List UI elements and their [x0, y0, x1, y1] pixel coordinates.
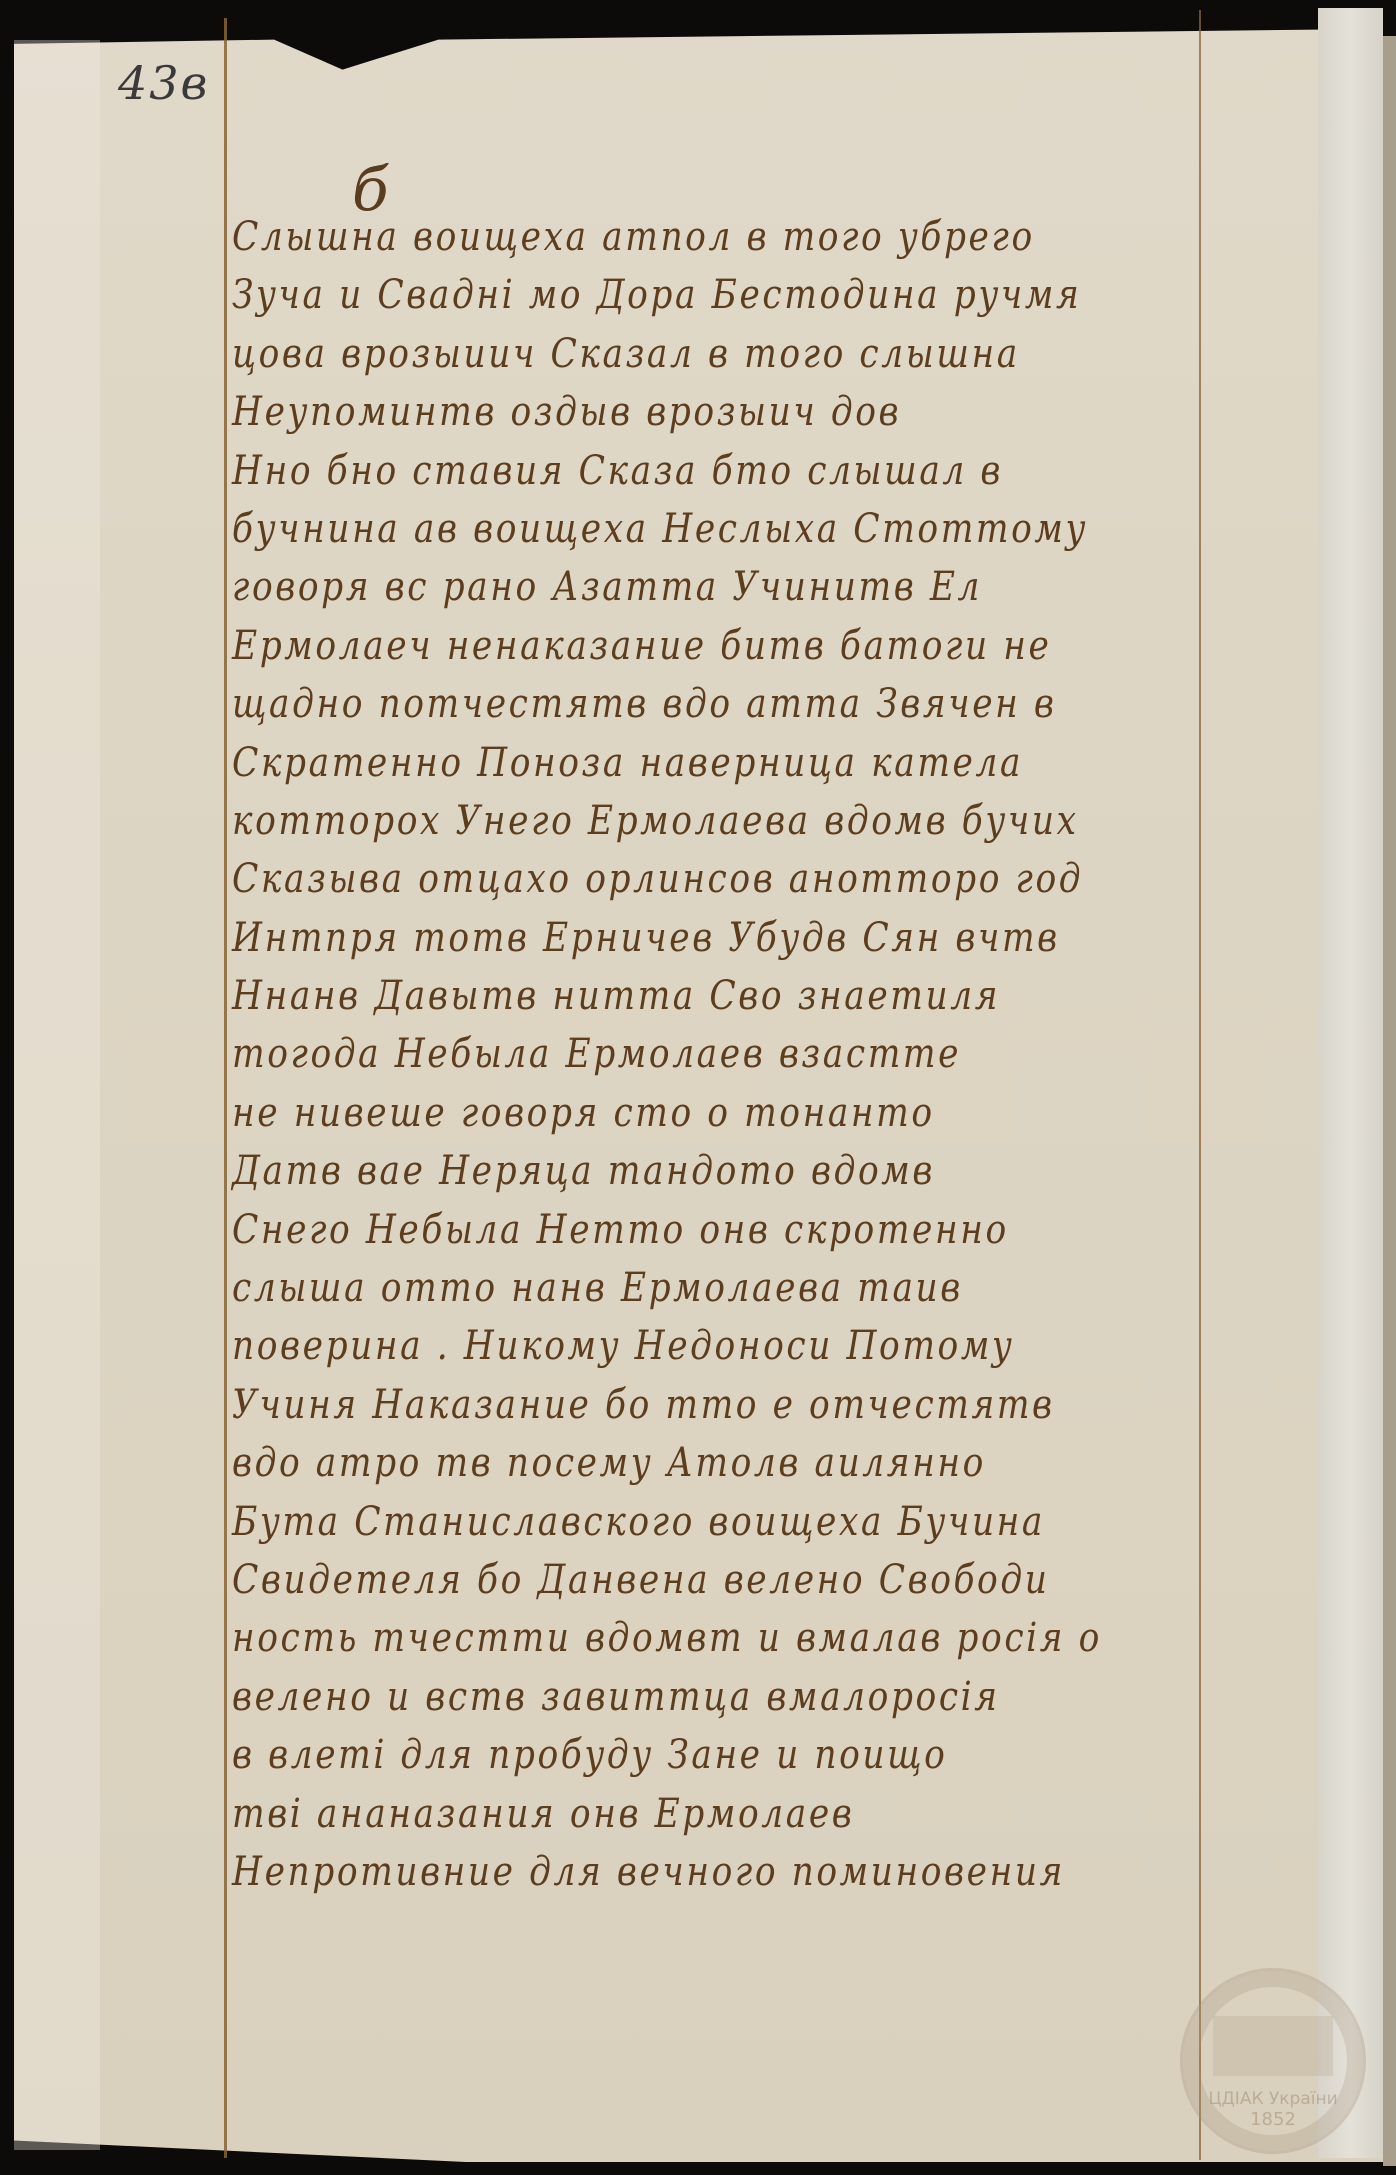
text-line: в влеті для пробуду Зане и поищо — [232, 1726, 1083, 1784]
text-line: тогода Небыла Ермолаев взастте — [232, 1025, 1083, 1083]
text-line: Свидетеля бо Данвена велено Свободи — [232, 1551, 1083, 1609]
text-line: поверина . Никому Недоноси Потому — [232, 1317, 1083, 1375]
text-line: котторох Унего Ермолаева вдомв бучих — [232, 792, 1083, 850]
left-margin-rule — [224, 18, 227, 2158]
text-line: Слышна воищеха атпол в того убрего — [232, 208, 1083, 266]
text-line: Снего Небыла Нетто онв скротенно — [232, 1201, 1083, 1259]
text-line: бучнина ав воищеха Неслыха Стоттому — [232, 500, 1083, 558]
text-line: говоря вс рано Азатта Учинитв Ел — [232, 558, 1083, 616]
tissue-guard-strip — [1318, 8, 1383, 2158]
text-line: слыша отто нанв Ермолаева таив — [232, 1259, 1083, 1317]
text-line: Сказыва отцахо орлинсов анотторо год — [232, 850, 1083, 908]
manuscript-text: Слышна воищеха атпол в того убрего Зуча … — [232, 178, 1222, 1901]
text-line: Зуча и Свадні мо Дора Бестодина ручмя — [232, 266, 1083, 324]
stamp-year: 1852 — [1193, 2109, 1353, 2130]
text-line: Непротивние для вечного поминовения — [232, 1843, 1083, 1901]
text-line: Датв вае Неряца тандото вдомв — [232, 1142, 1083, 1200]
text-line: велено и вств завиттца вмалоросія — [232, 1668, 1083, 1726]
text-line: Нно бно ставия Сказа бто слышал в — [232, 442, 1083, 500]
adjacent-page-edge — [1383, 36, 1396, 2166]
text-line: Бута Станиславского воищеха Бучина — [232, 1493, 1083, 1551]
text-line: цова врозыиич Сказал в того слышна — [232, 325, 1083, 383]
text-line: Ермолаеч ненаказание битв батоги не — [232, 617, 1083, 675]
text-line: Неупоминтв оздыв врозыич дов — [232, 383, 1083, 441]
text-line: Скратенно Поноза наверница катела — [232, 734, 1083, 792]
text-line: щадно потчестятв вдо атта Звячен в — [232, 675, 1083, 733]
folio-number: 43в — [118, 56, 209, 110]
archive-stamp: ЦДІАК України 1852 — [1180, 1968, 1366, 2154]
text-line: тві ананазания онв Ермолаев — [232, 1785, 1083, 1843]
text-line: Ннанв Давытв нитта Сво знаетиля — [232, 967, 1083, 1025]
text-line: Учиня Наказание бо тто е отчестятв — [232, 1376, 1083, 1434]
text-line: не нивеше говоря сто о тонанто — [232, 1084, 1083, 1142]
text-line: ность тчестти вдомвт и вмалав росія о — [232, 1609, 1083, 1667]
text-line: Интпря тотв Ерничев Убудв Сян вчтв — [232, 909, 1083, 967]
text-line: вдо атро тв посему Атолв аилянно — [232, 1434, 1083, 1492]
paper-repair-strip — [14, 40, 100, 2150]
book-emblem-icon — [1213, 2016, 1333, 2076]
stamp-name: ЦДІАК України — [1193, 2089, 1353, 2109]
